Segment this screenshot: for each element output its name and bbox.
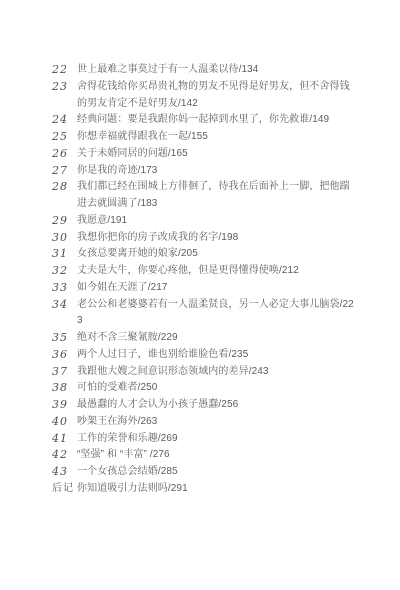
chapter-title: 我想你把你的房子改成我的名字/198 <box>77 230 358 247</box>
chapter-number: 29 <box>52 213 77 230</box>
chapter-title: 两个人过日子，谁也别给谁脸色看/235 <box>77 347 358 364</box>
page-number: /263 <box>138 416 158 427</box>
chapter-title: 一个女孩总会结婚/285 <box>77 464 358 481</box>
chapter-number: 31 <box>52 246 77 263</box>
toc-entry: 26 关于未婚同居的问题/165 <box>52 146 358 163</box>
toc-entry: 40 吵架王在海外/263 <box>52 414 358 431</box>
toc-entry: 38 可怕的受难者/250 <box>52 380 358 397</box>
toc-entry: 42 “坚强” 和 “丰富” /276 <box>52 447 358 464</box>
toc-entry: 24 经典问题：要是我跟你妈一起掉到水里了，你先救谁/149 <box>52 112 358 129</box>
chapter-number: 34 <box>52 297 77 314</box>
page-number: /235 <box>229 349 249 360</box>
page-number: /205 <box>178 248 198 259</box>
chapter-title: 我们都已经在围城上方徘徊了，待我在后面补上一脚，把他踹进去就圆满了/183 <box>77 179 358 213</box>
chapter-number: 43 <box>52 464 77 481</box>
chapter-number: 26 <box>52 146 77 163</box>
toc-entry: 29 我愿意/191 <box>52 213 358 230</box>
chapter-number: 37 <box>52 364 77 381</box>
chapter-number: 41 <box>52 431 77 448</box>
chapter-number: 32 <box>52 263 77 280</box>
chapter-title-text: 女孩总要离开她的娘家 <box>77 248 178 259</box>
page-number: /276 <box>150 449 170 460</box>
chapter-title: 女孩总要离开她的娘家/205 <box>77 246 358 263</box>
page-number: /149 <box>309 114 329 125</box>
page-number: /217 <box>148 282 168 293</box>
chapter-title: 你想幸福就得跟我在一起/155 <box>77 129 358 146</box>
chapter-title: 工作的荣誉和乐趣/269 <box>77 431 358 448</box>
chapter-title: 绝对不含三聚氰胺/229 <box>77 330 358 347</box>
page-number: /229 <box>158 332 178 343</box>
chapter-title-text: 如今姐在天涯了 <box>77 282 148 293</box>
toc-entry: 37 我跟他大嫂之间意识形态领域内的差异/243 <box>52 364 358 381</box>
chapter-title-text: 我们都已经在围城上方徘徊了，待我在后面补上一脚，把他踹进去就圆满了 <box>77 181 350 209</box>
chapter-number: 23 <box>52 79 77 96</box>
chapter-title: 我愿意/191 <box>77 213 358 230</box>
chapter-title-text: 经典问题：要是我跟你妈一起掉到水里了，你先救谁 <box>77 114 309 125</box>
chapter-number: 后记 <box>52 481 77 498</box>
page-number: /191 <box>107 215 127 226</box>
chapter-title-text: 丈夫是大牛，你要心疼他，但是更得懂得使唤 <box>77 265 279 276</box>
chapter-number: 30 <box>52 230 77 247</box>
chapter-number: 28 <box>52 179 77 196</box>
chapter-number: 39 <box>52 397 77 414</box>
chapter-title-text: 我跟他大嫂之间意识形态领域内的差异 <box>77 366 249 377</box>
chapter-title-text: 吵架王在海外 <box>77 416 138 427</box>
toc-entry: 35 绝对不含三聚氰胺/229 <box>52 330 358 347</box>
chapter-title-text: 世上最难之事莫过于有一人温柔以待 <box>77 64 239 75</box>
toc-entry: 39 最愚蠢的人才会认为小孩子愚蠢/256 <box>52 397 358 414</box>
chapter-title-text: 你是我的奇迹 <box>77 165 138 176</box>
toc-entry: 25 你想幸福就得跟我在一起/155 <box>52 129 358 146</box>
chapter-number: 22 <box>52 62 77 79</box>
page-number: /291 <box>168 483 188 494</box>
chapter-title-text: “坚强” 和 “丰富” <box>77 449 150 460</box>
chapter-number: 38 <box>52 380 77 397</box>
toc-entry: 34 老公公和老婆婆若有一人温柔贤良，另一人必定大事儿脑袋/223 <box>52 297 358 331</box>
toc-entry: 27 你是我的奇迹/173 <box>52 163 358 180</box>
book-page: 22 世上最难之事莫过于有一人温柔以待/134 23 舍得花钱给你买昂贵礼物的男… <box>0 0 400 590</box>
toc-list: 22 世上最难之事莫过于有一人温柔以待/134 23 舍得花钱给你买昂贵礼物的男… <box>52 62 358 498</box>
toc-entry: 41 工作的荣誉和乐趣/269 <box>52 431 358 448</box>
toc-entry: 33 如今姐在天涯了/217 <box>52 280 358 297</box>
chapter-title-text: 舍得花钱给你买昂贵礼物的男友不见得是好男友，但不舍得钱的男友肯定不是好男友 <box>77 81 350 109</box>
page-number: /134 <box>239 64 259 75</box>
chapter-title: 关于未婚同居的问题/165 <box>77 146 358 163</box>
chapter-title-text: 老公公和老婆婆若有一人温柔贤良，另一人必定大事儿脑袋 <box>77 299 340 310</box>
toc-entry: 32 丈夫是大牛，你要心疼他，但是更得懂得使唤/212 <box>52 263 358 280</box>
toc-entry: 43 一个女孩总会结婚/285 <box>52 464 358 481</box>
toc-entry: 23 舍得花钱给你买昂贵礼物的男友不见得是好男友，但不舍得钱的男友肯定不是好男友… <box>52 79 358 113</box>
chapter-title-text: 可怕的受难者 <box>77 382 138 393</box>
chapter-title: 老公公和老婆婆若有一人温柔贤良，另一人必定大事儿脑袋/223 <box>77 297 358 331</box>
chapter-title-text: 一个女孩总会结婚 <box>77 466 158 477</box>
page-number: /269 <box>158 433 178 444</box>
toc-entry: 30 我想你把你的房子改成我的名字/198 <box>52 230 358 247</box>
chapter-number: 40 <box>52 414 77 431</box>
chapter-title-text: 两个人过日子，谁也别给谁脸色看 <box>77 349 229 360</box>
chapter-number: 25 <box>52 129 77 146</box>
chapter-title: 吵架王在海外/263 <box>77 414 358 431</box>
toc-entry: 36 两个人过日子，谁也别给谁脸色看/235 <box>52 347 358 364</box>
chapter-title: 我跟他大嫂之间意识形态领域内的差异/243 <box>77 364 358 381</box>
toc-entry: 后记 你知道吸引力法则吗/291 <box>52 481 358 498</box>
chapter-title: 经典问题：要是我跟你妈一起掉到水里了，你先救谁/149 <box>77 112 358 129</box>
chapter-title-text: 你知道吸引力法则吗 <box>77 483 168 494</box>
page-number: /285 <box>158 466 178 477</box>
page-number: /142 <box>178 98 198 109</box>
page-number: /173 <box>138 165 158 176</box>
toc-entry: 22 世上最难之事莫过于有一人温柔以待/134 <box>52 62 358 79</box>
page-number: /243 <box>249 366 269 377</box>
chapter-title: 最愚蠢的人才会认为小孩子愚蠢/256 <box>77 397 358 414</box>
page-number: /198 <box>218 232 238 243</box>
chapter-number: 36 <box>52 347 77 364</box>
chapter-title-text: 我愿意 <box>77 215 107 226</box>
chapter-number: 33 <box>52 280 77 297</box>
toc-entry: 28 我们都已经在围城上方徘徊了，待我在后面补上一脚，把他踹进去就圆满了/183 <box>52 179 358 213</box>
chapter-title: 舍得花钱给你买昂贵礼物的男友不见得是好男友，但不舍得钱的男友肯定不是好男友/14… <box>77 79 358 113</box>
page-number: /212 <box>279 265 299 276</box>
chapter-number: 27 <box>52 163 77 180</box>
chapter-title-text: 你想幸福就得跟我在一起 <box>77 131 188 142</box>
page-number: /250 <box>138 382 158 393</box>
chapter-title: 可怕的受难者/250 <box>77 380 358 397</box>
chapter-title: “坚强” 和 “丰富” /276 <box>77 447 358 464</box>
chapter-number: 24 <box>52 112 77 129</box>
page-number: /155 <box>188 131 208 142</box>
chapter-number: 35 <box>52 330 77 347</box>
page-number: /183 <box>138 198 158 209</box>
toc-entry: 31 女孩总要离开她的娘家/205 <box>52 246 358 263</box>
chapter-title: 世上最难之事莫过于有一人温柔以待/134 <box>77 62 358 79</box>
chapter-number: 42 <box>52 447 77 464</box>
chapter-title: 你是我的奇迹/173 <box>77 163 358 180</box>
chapter-title-text: 绝对不含三聚氰胺 <box>77 332 158 343</box>
chapter-title: 你知道吸引力法则吗/291 <box>77 481 358 498</box>
page-number: /165 <box>168 148 188 159</box>
chapter-title-text: 最愚蠢的人才会认为小孩子愚蠢 <box>77 399 218 410</box>
chapter-title: 如今姐在天涯了/217 <box>77 280 358 297</box>
chapter-title-text: 关于未婚同居的问题 <box>77 148 168 159</box>
chapter-title: 丈夫是大牛，你要心疼他，但是更得懂得使唤/212 <box>77 263 358 280</box>
chapter-title-text: 我想你把你的房子改成我的名字 <box>77 232 218 243</box>
chapter-title-text: 工作的荣誉和乐趣 <box>77 433 158 444</box>
page-number: /256 <box>218 399 238 410</box>
